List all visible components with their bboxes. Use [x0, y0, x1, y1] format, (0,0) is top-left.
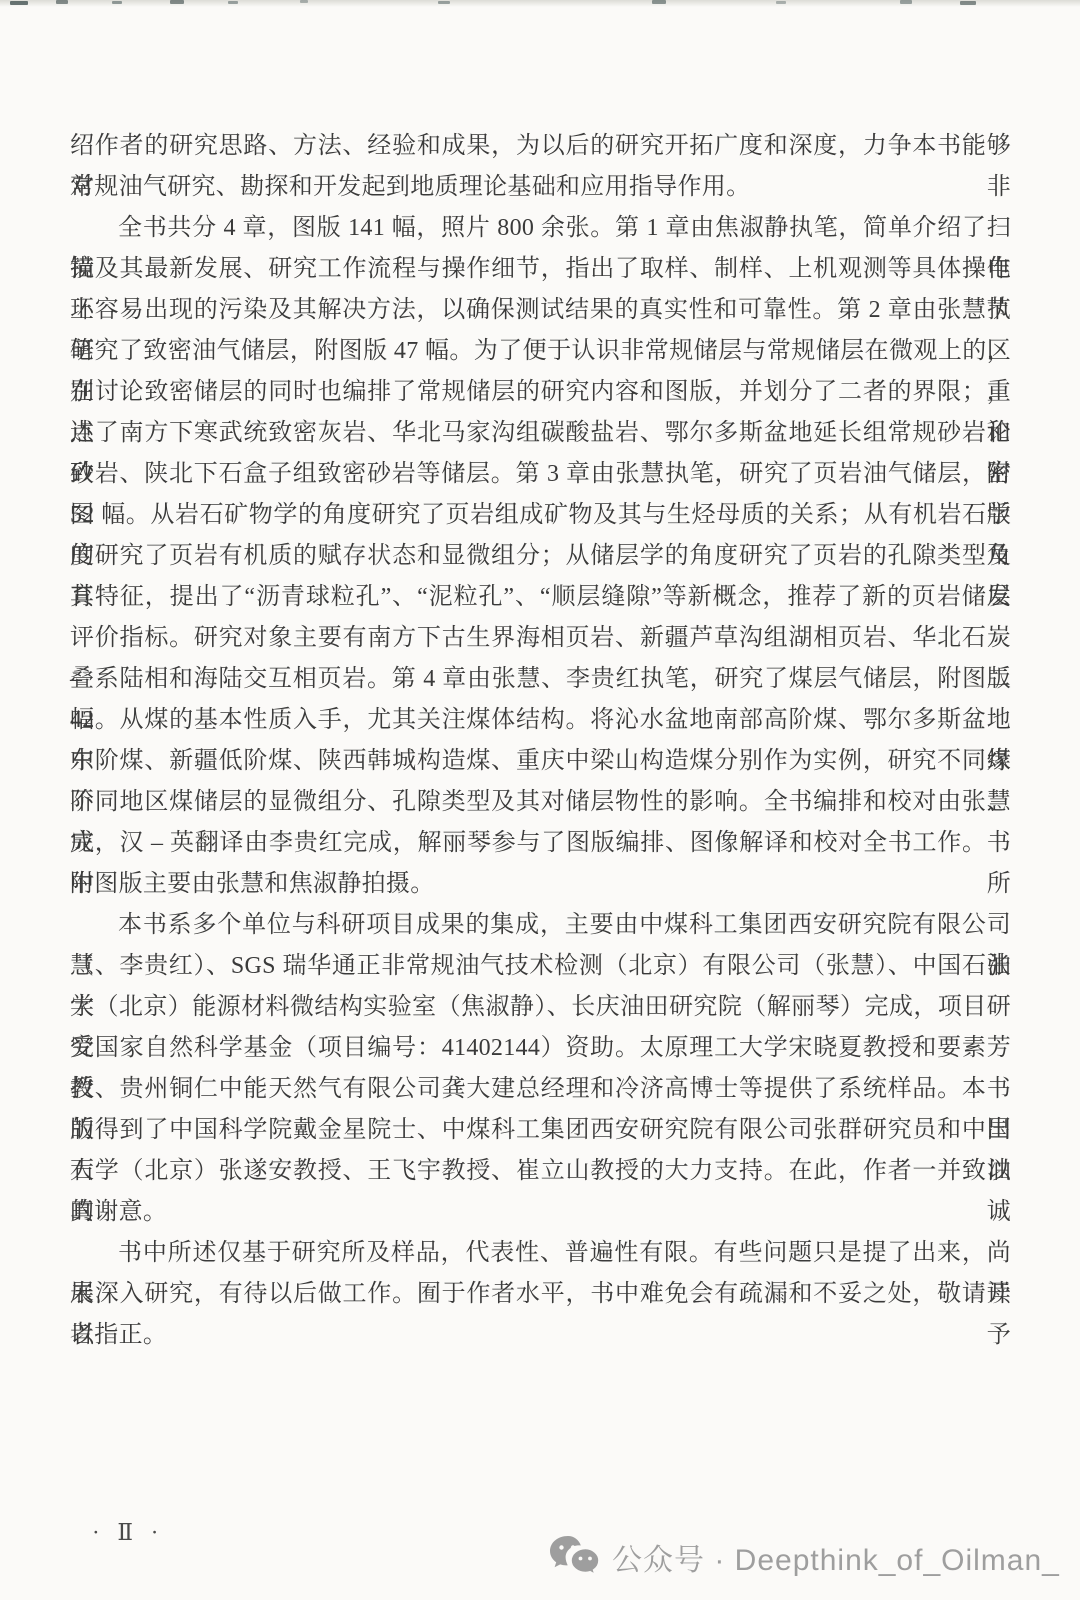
text-line: 全书共分 4 章，图版 141 幅，照片 800 余张。第 1 章由焦淑静执笔，… [70, 208, 1011, 249]
scan-speck [900, 0, 912, 4]
text-line: 书中所述仅基于研究所及样品，代表性、普遍性有限。有些问题只是提了出来，尚未开 [70, 1233, 1011, 1274]
text-line: 在讨论致密储层的同时也编排了常规储层的研究内容和图版，并划分了二者的界限；重点论 [70, 372, 1011, 413]
text-line: 52 幅。从岩石矿物学的角度研究了页岩组成矿物及其与生烃母质的关系；从有机岩石学… [70, 495, 1011, 536]
text-line: 研究了致密油气储层，附图版 47 幅。为了便于认识非常规储层与常规储层在微观上的… [70, 331, 1011, 372]
scan-speck [652, 0, 666, 4]
scanned-book-page: 绍作者的研究思路、方法、经验和成果，为以后的研究开拓广度和深度，力争本书能够对非… [0, 0, 1080, 1600]
scan-speck [170, 0, 184, 4]
scan-speck [56, 0, 68, 4]
watermark: 公众号 · Deepthink_of_Oilman_ [548, 1534, 1060, 1580]
text-line: 叠系陆相和海陆交互相页岩。第 4 章由张慧、李贵红执笔，研究了煤层气储层，附图版… [70, 659, 1011, 700]
scan-speck [112, 1, 122, 4]
text-line: 中阶煤、新疆低阶煤、陕西韩城构造煤、重庆中梁山构造煤分别作为实例，研究不同煤阶、 [70, 741, 1011, 782]
text-line: 绍作者的研究思路、方法、经验和成果，为以后的研究开拓广度和深度，力争本书能够对非 [70, 126, 1011, 167]
text-line: 上容易出现的污染及其解决方法，以确保测试结果的真实性和可靠性。第 2 章由张慧执… [70, 290, 1011, 331]
scan-speck [10, 1, 28, 5]
text-line: 述了南方下寒武统致密灰岩、华北马家沟组碳酸盐岩、鄂尔多斯盆地延长组常规砂岩和致密 [70, 413, 1011, 454]
text-line: 镜及其最新发展、研究工作流程与操作细节，指出了取样、制样、上机观测等具体操作环节 [70, 249, 1011, 290]
text-line: 大学（北京）张遂安教授、王飞宇教授、崔立山教授的大力支持。在此，作者一并致以真诚 [70, 1151, 1011, 1192]
wechat-icon [548, 1534, 600, 1580]
scan-speck [438, 1, 450, 4]
text-line: 版得到了中国科学院戴金星院士、中煤科工集团西安研究院有限公司张群研究员和中国石油 [70, 1110, 1011, 1151]
scan-speck [776, 1, 786, 4]
text-line: 授、贵州铜仁中能天然气有限公司龚大建总经理和冷济高博士等提供了系统样品。本书的出 [70, 1069, 1011, 1110]
text-line: 受国家自然科学基金（项目编号：41402144）资助。太原理工大学宋晓夏教授和要… [70, 1028, 1011, 1069]
text-line: 评价指标。研究对象主要有南方下古生界海相页岩、新疆芦草沟组湖相页岩、华北石炭 –… [70, 618, 1011, 659]
scan-speck [228, 1, 238, 4]
text-line: 本书系多个单位与科研项目成果的集成，主要由中煤科工集团西安研究院有限公司（张 [70, 905, 1011, 946]
preface-text: 绍作者的研究思路、方法、经验和成果，为以后的研究开拓广度和深度，力争本书能够对非… [70, 126, 1011, 1356]
page-number: · Ⅱ · [92, 1520, 164, 1546]
text-line: 展深入研究，有待以后做工作。囿于作者水平，书中难免会有疏漏和不妥之处，敬请读者予 [70, 1274, 1011, 1315]
scan-speck [300, 0, 308, 3]
scan-edge-band [0, 0, 1080, 7]
text-line: 慧、李贵红）、SGS 瑞华通正非常规油气技术检测（北京）有限公司（张慧）、中国石… [70, 946, 1011, 987]
text-line: 砂岩、陕北下石盒子组致密砂岩等储层。第 3 章由张慧执笔，研究了页岩油气储层，附… [70, 454, 1011, 495]
text-line: 幅。从煤的基本性质入手，尤其关注煤体结构。将沁水盆地南部高阶煤、鄂尔多斯盆地东缘 [70, 700, 1011, 741]
text-line: 学（北京）能源材料微结构实验室（焦淑静）、长庆油田研究院（解丽琴）完成，项目研究 [70, 987, 1011, 1028]
scan-speck [960, 1, 976, 5]
text-line: 不同地区煤储层的显微组分、孔隙类型及其对储层物性的影响。全书编排和校对由张慧完 [70, 782, 1011, 823]
text-line: 成，汉 – 英翻译由李贵红完成，解丽琴参与了图版编排、图像解译和校对全书工作。书… [70, 823, 1011, 864]
text-line: 度研究了页岩有机质的赋存状态和显微组分；从储层学的角度研究了页岩的孔隙类型及其发 [70, 536, 1011, 577]
text-line: 育特征，提出了“沥青球粒孔”、“泥粒孔”、“顺层缝隙”等新概念，推荐了新的页岩储… [70, 577, 1011, 618]
watermark-label: 公众号 · Deepthink_of_Oilman_ [612, 1535, 1060, 1579]
